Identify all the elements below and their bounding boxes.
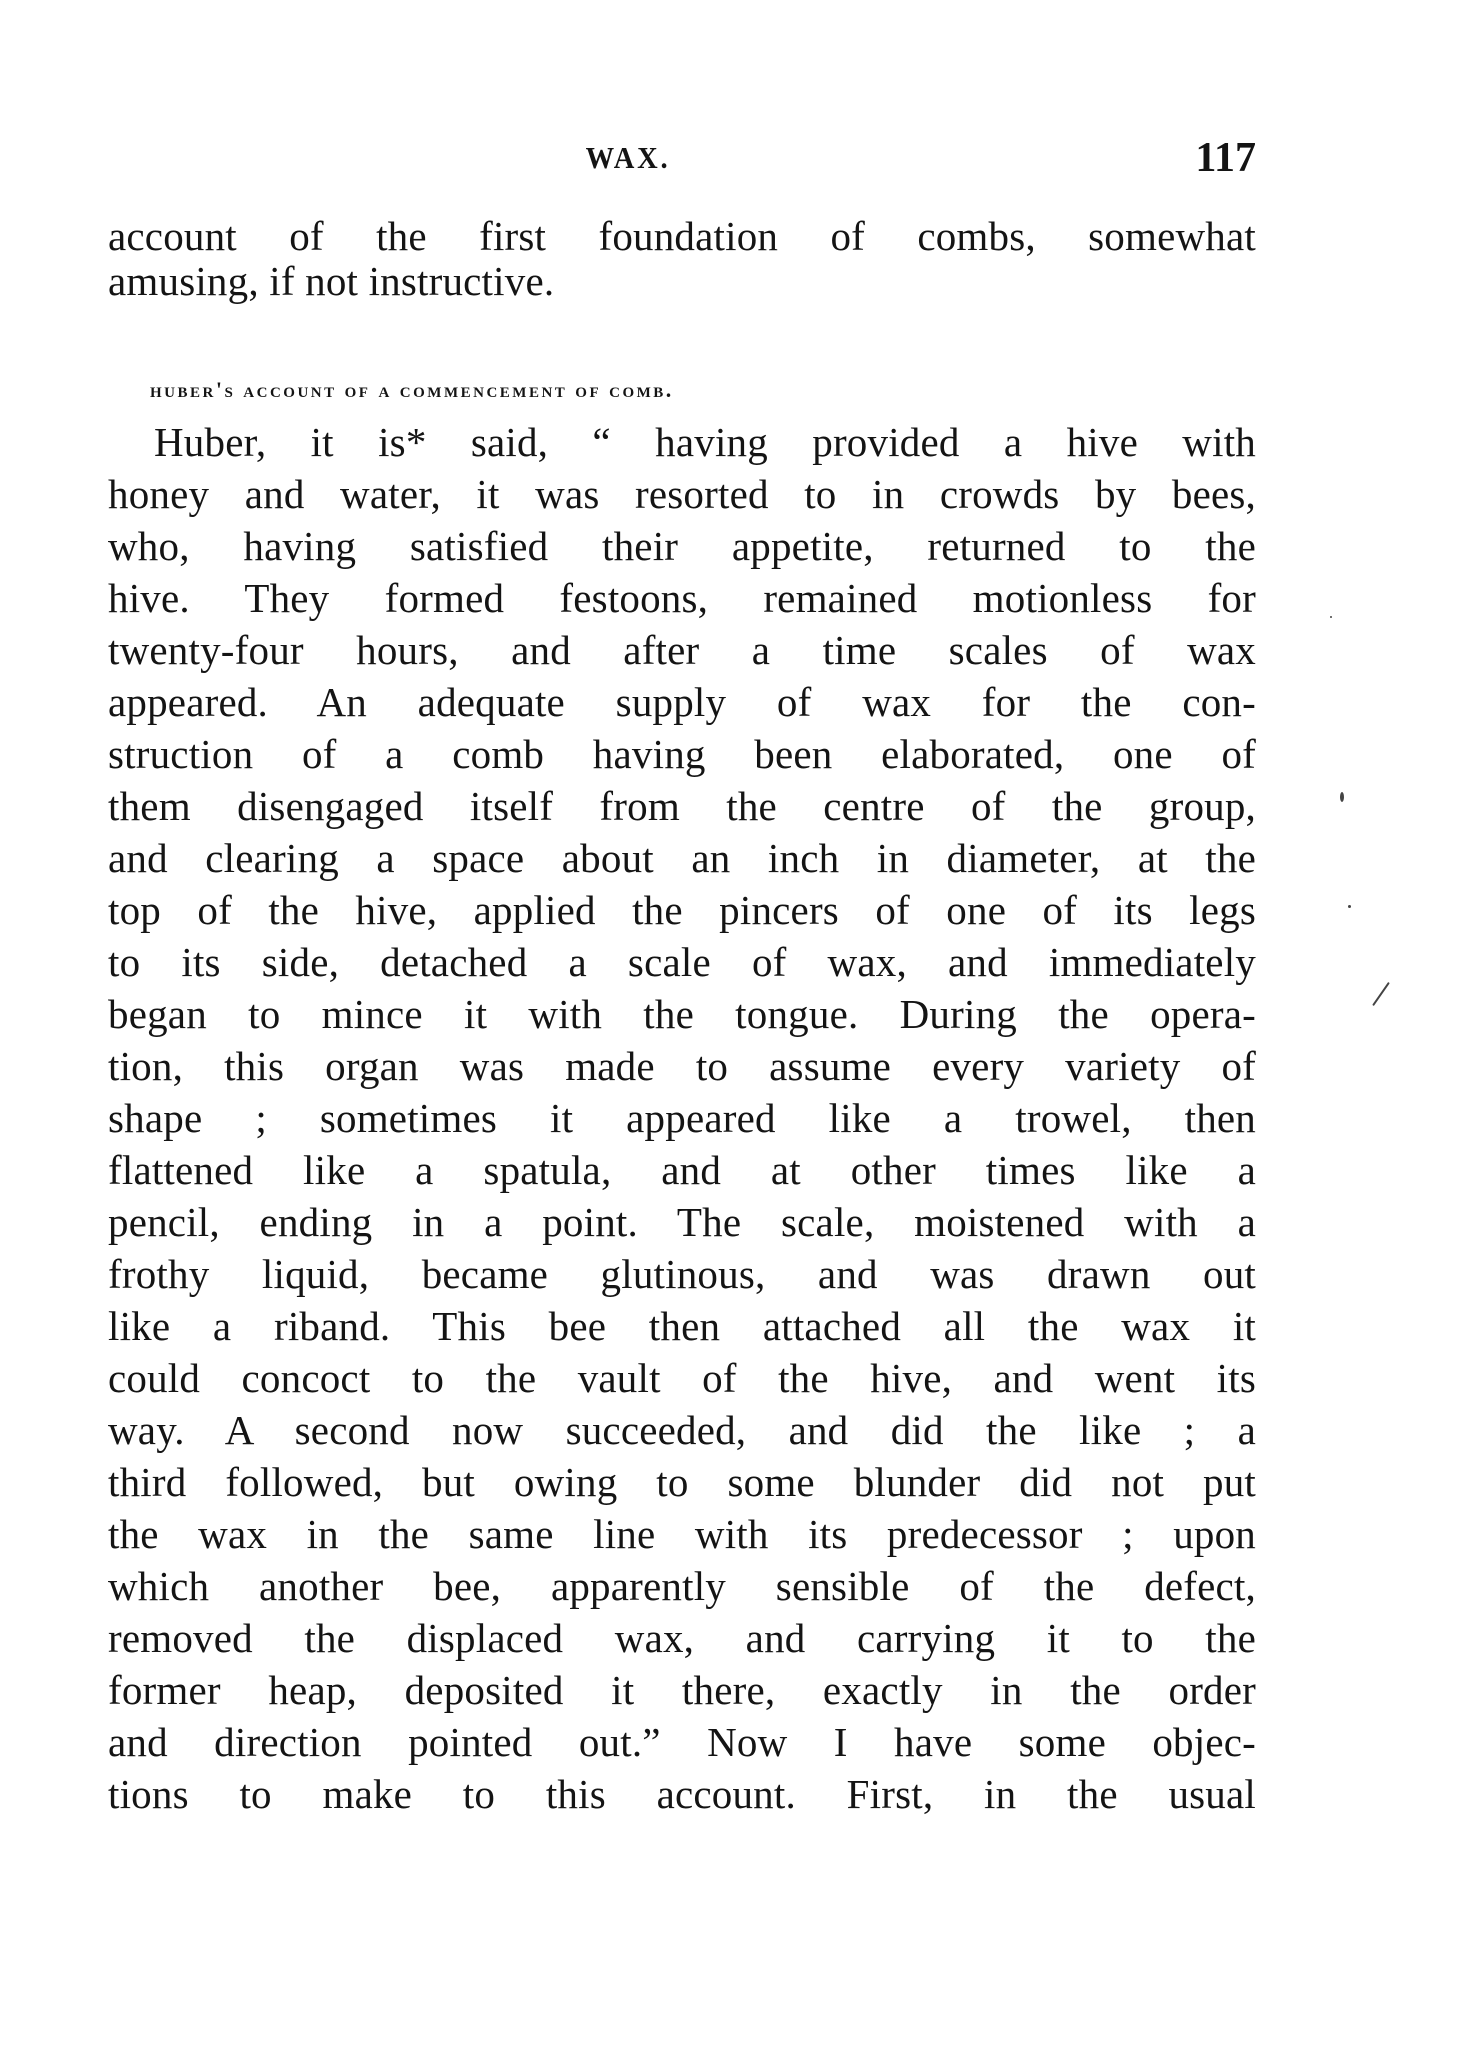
text-line: third followed, but owing to some blunde… [108, 1456, 1256, 1508]
text-line: removed the displaced wax, and carrying … [108, 1612, 1256, 1664]
scan-mark [1372, 982, 1390, 1006]
running-head: WAX. 117 [108, 138, 1256, 188]
text-line: former heap, deposited it there, exactly… [108, 1664, 1256, 1716]
text-line: hive. They formed festoons, remained mot… [108, 572, 1256, 624]
text-line: who, having satisfied their appetite, re… [108, 520, 1256, 572]
running-title: WAX. [150, 140, 1107, 176]
text-line: like a riband. This bee then attached al… [108, 1300, 1256, 1352]
text-line: amusing, if not instructive. [108, 255, 1256, 307]
text-line: began to mince it with the tongue. Durin… [108, 988, 1256, 1040]
text-line: shape ; sometimes it appeared like a tro… [108, 1092, 1256, 1144]
text-line: flattened like a spatula, and at other t… [108, 1144, 1256, 1196]
scan-speck [1340, 792, 1344, 802]
text-line: tion, this organ was made to assume ever… [108, 1040, 1256, 1092]
text-line: the wax in the same line with its predec… [108, 1508, 1256, 1560]
text-line: frothy liquid, became glutinous, and was… [108, 1248, 1256, 1300]
text-line: Huber, it is* said, “ having provided a … [108, 416, 1256, 468]
text-line: which another bee, apparently sensible o… [108, 1560, 1256, 1612]
scan-speck [1330, 616, 1332, 618]
text-line: struction of a comb having been elaborat… [108, 728, 1256, 780]
text-line: appeared. An adequate supply of wax for … [108, 676, 1256, 728]
text-line: could concoct to the vault of the hive, … [108, 1352, 1256, 1404]
section-heading: HUBER'S ACCOUNT OF A COMMENCEMENT OF COM… [150, 377, 674, 403]
page-number: 117 [1195, 134, 1256, 182]
scan-speck [1348, 905, 1351, 908]
text-line: way. A second now succeeded, and did the… [108, 1404, 1256, 1456]
text-line: twenty-four hours, and after a time scal… [108, 624, 1256, 676]
text-line: honey and water, it was resorted to in c… [108, 468, 1256, 520]
text-line: tions to make to this account. First, in… [108, 1768, 1256, 1820]
text-line: top of the hive, applied the pincers of … [108, 884, 1256, 936]
text-line: and direction pointed out.” Now I have s… [108, 1716, 1256, 1768]
book-page: WAX. 117 account of the first foundation… [0, 0, 1465, 2072]
text-line: them disengaged itself from the centre o… [108, 780, 1256, 832]
text-line: pencil, ending in a point. The scale, mo… [108, 1196, 1256, 1248]
text-line: to its side, detached a scale of wax, an… [108, 936, 1256, 988]
text-line: and clearing a space about an inch in di… [108, 832, 1256, 884]
